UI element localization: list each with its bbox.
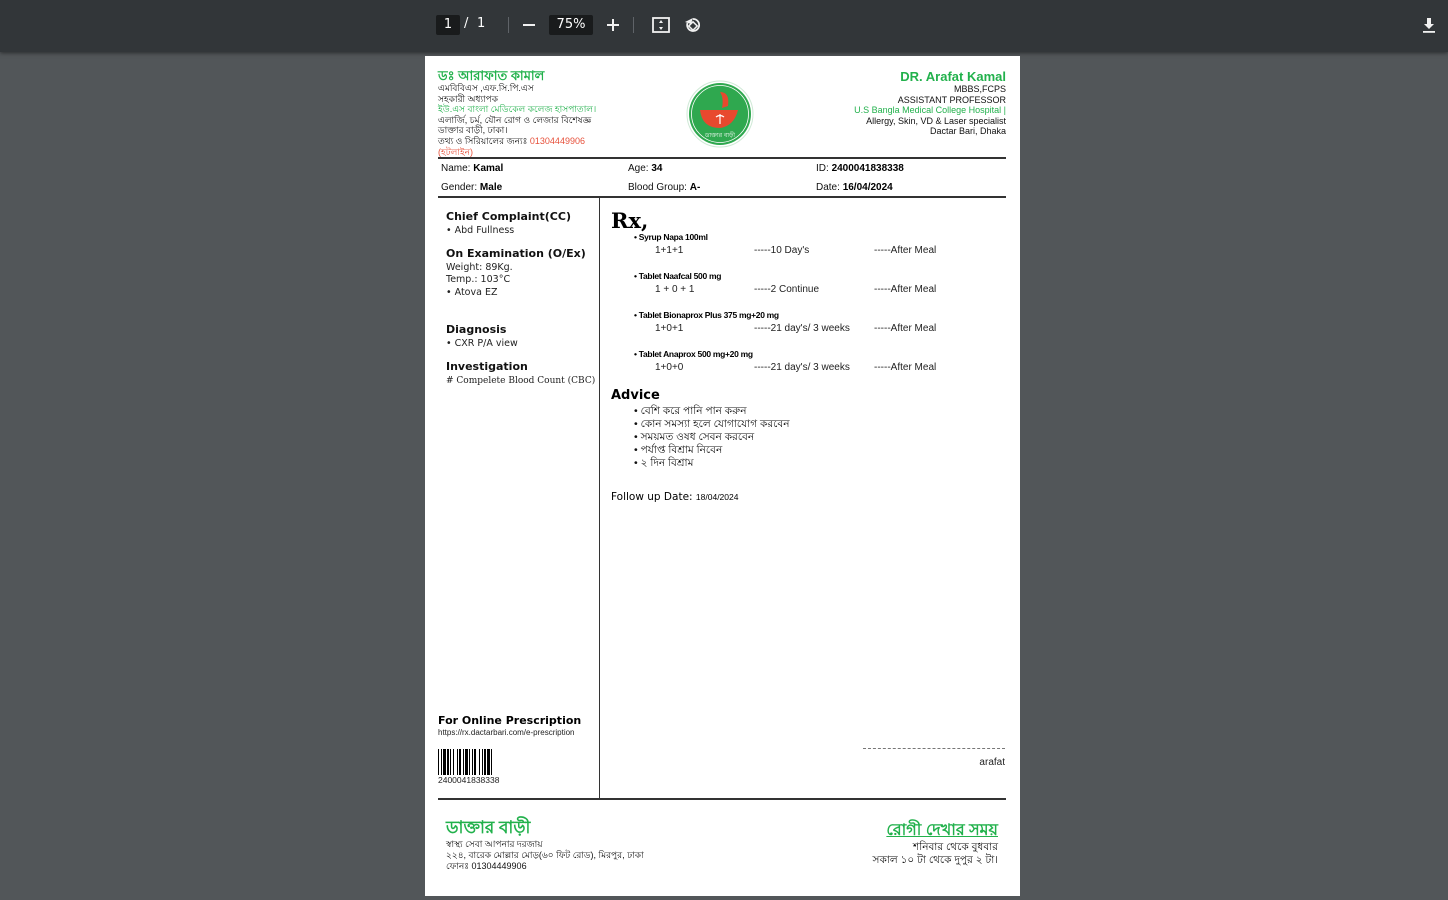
medicine-dose: 1 + 0 + 1 <box>655 284 694 295</box>
serial-phone: 01304449906 <box>530 136 585 146</box>
clinic-tagline: স্বাস্থ্য সেবা আপনার দরজায় <box>446 839 644 850</box>
chief-complaint-item: • Abd Fullness <box>446 225 606 238</box>
hospital-en: U.S Bangla Medical College Hospital | <box>854 105 1006 116</box>
pdf-toolbar: 1 / 1 75% <box>0 0 1448 52</box>
medicine-dose: 1+0+1 <box>655 323 683 334</box>
investigation-item: # Compelete Blood Count (CBC) <box>446 375 606 388</box>
medicine-name: • Tablet Anaprox 500 mg+20 mg <box>634 349 753 359</box>
specialty-en: Allergy, Skin, VD & Laser specialist <box>854 116 1006 127</box>
minus-icon <box>522 18 536 32</box>
degrees-bn: এমবিবিএস ,এফ.সি.পি.এস <box>438 83 596 94</box>
investigation-title: Investigation <box>446 360 606 373</box>
page-number-input[interactable]: 1 <box>436 15 460 35</box>
medicine-duration: -----10 Day's <box>754 245 809 256</box>
fit-to-page-icon <box>652 17 670 33</box>
footer-clinic-info: ডাক্তার বাড়ী স্বাস্থ্য সেবা আপনার দরজায… <box>446 817 644 872</box>
examination-item: Weight: 89Kg. <box>446 262 606 275</box>
advice-item: • সময়মত ওষধ সেবন করবেন <box>634 431 789 444</box>
patient-gender: Gender: Male <box>441 182 502 193</box>
medicine-name: • Tablet Naafcal 500 mg <box>634 271 721 281</box>
medicine-instruction: -----After Meal <box>874 284 936 295</box>
advice-item: • পর্যাপ্ত বিশ্রাম নিবেন <box>634 444 789 457</box>
clinical-notes: Chief Complaint(CC) • Abd Fullness On Ex… <box>446 210 606 387</box>
degrees-en: MBBS,FCPS <box>854 84 1006 95</box>
patient-age: Age: 34 <box>628 163 662 174</box>
online-prescription-url[interactable]: https://rx.dactarbari.com/e-prescription <box>438 728 575 737</box>
page-separator: / <box>464 16 468 31</box>
prescription-date: Date: 16/04/2024 <box>816 182 893 193</box>
fit-to-page-button[interactable] <box>648 12 674 38</box>
advice-title: Advice <box>611 388 660 403</box>
visiting-time: সকাল ১০ টা থেকে দুপুর ২ টা। <box>873 854 998 867</box>
barcode-number: 2400041838338 <box>438 775 499 785</box>
diagnosis-item: • CXR P/A view <box>446 338 606 351</box>
visiting-hours-title: রোগী দেখার সময় <box>873 821 998 841</box>
chief-complaint-title: Chief Complaint(CC) <box>446 210 606 223</box>
medicine-name: • Tablet Bionaprox Plus 375 mg+20 mg <box>634 310 779 320</box>
medicine-dose: 1+1+1 <box>655 245 683 256</box>
doctor-header-english: DR. Arafat Kamal MBBS,FCPS ASSISTANT PRO… <box>854 69 1006 137</box>
plus-icon <box>606 18 620 32</box>
advice-list: • বেশি করে পানি পান করুন • কোন সমস্যা হল… <box>634 405 789 470</box>
clinic-address: ২২৪, বারেক মোল্লার মোড়(৬০ ফিট রোড), মির… <box>446 850 644 861</box>
header-divider <box>438 157 1006 159</box>
designation-bn: সহকারী অধ্যাপক <box>438 94 596 105</box>
serial-info-bn: তথ্য ও সিরিয়ালের জন্যঃ 01304449906 <box>438 136 596 147</box>
designation-en: ASSISTANT PROFESSOR <box>854 95 1006 106</box>
medicine-instruction: -----After Meal <box>874 245 936 256</box>
rx-symbol: Rx, <box>611 208 648 233</box>
medicine-duration: -----21 day's/ 3 weeks <box>754 362 850 373</box>
rotate-counterclockwise-icon <box>684 16 702 34</box>
serial-label: তথ্য ও সিরিয়ালের জন্যঃ <box>438 136 527 146</box>
svg-text:ডাক্তার বাড়ী: ডাক্তার বাড়ী <box>704 131 735 139</box>
hospital-bn: ইউ.এস বাংলা মেডিকেল কলেজ হাসপাতাল। <box>438 104 596 115</box>
follow-up-date: Follow up Date: 18/04/2024 <box>611 491 738 503</box>
patient-info-divider <box>438 196 1006 198</box>
clinic-phone: ফোনঃ 01304449906 <box>446 861 644 872</box>
toolbar-divider <box>508 17 509 33</box>
rotate-button[interactable] <box>680 12 706 38</box>
doctor-header-bengali: ডঃ আরাফাত কামাল এমবিবিএস ,এফ.সি.পি.এস সহ… <box>438 68 596 157</box>
footer-divider <box>438 798 1006 800</box>
specialty-bn: এলার্জি, চর্ম, যৌন রোগ ও লেজার বিশেষজ্ঞ <box>438 115 596 126</box>
toolbar-divider <box>633 17 634 33</box>
clinic-name: ডাক্তার বাড়ী <box>446 817 644 839</box>
signature-name: arafat <box>979 757 1005 768</box>
footer-visiting-hours: রোগী দেখার সময় শনিবার থেকে বুধবার সকাল … <box>873 821 998 867</box>
medicine-duration: -----2 Continue <box>754 284 819 295</box>
patient-id: ID: 2400041838338 <box>816 163 904 174</box>
examination-title: On Examination (O/Ex) <box>446 247 606 260</box>
doctor-name-en: DR. Arafat Kamal <box>854 69 1006 84</box>
medicine-duration: -----21 day's/ 3 weeks <box>754 323 850 334</box>
doctor-name-bn: ডঃ আরাফাত কামাল <box>438 68 596 83</box>
zoom-level-input[interactable]: 75% <box>549 15 593 35</box>
examination-item: • Atova EZ <box>446 287 606 300</box>
medicine-dose: 1+0+0 <box>655 362 683 373</box>
visiting-days: শনিবার থেকে বুধবার <box>873 841 998 854</box>
location-en: Dactar Bari, Dhaka <box>854 126 1006 137</box>
medicine-name: • Syrup Napa 100ml <box>634 232 708 242</box>
prescription-page: ডঃ আরাফাত কামাল এমবিবিএস ,এফ.সি.পি.এস সহ… <box>425 56 1020 896</box>
advice-item: • কোন সমস্যা হলে যোগাযোগ করবেন <box>634 418 789 431</box>
zoom-in-button[interactable] <box>600 12 626 38</box>
zoom-out-button[interactable] <box>516 12 542 38</box>
hotline-label: (হটলাইন) <box>438 147 596 158</box>
patient-name: Name: Kamal <box>441 163 503 174</box>
barcode-icon <box>438 749 532 775</box>
download-icon <box>1422 17 1436 33</box>
location-bn: ডাক্তার বাড়ী, ঢাকা। <box>438 125 596 136</box>
dactar-bari-logo-icon: ডাক্তার বাড়ী <box>686 80 754 148</box>
online-prescription-title: For Online Prescription <box>438 714 581 727</box>
diagnosis-title: Diagnosis <box>446 323 606 336</box>
medicine-instruction: -----After Meal <box>874 323 936 334</box>
medicine-instruction: -----After Meal <box>874 362 936 373</box>
download-button[interactable] <box>1416 12 1442 38</box>
total-pages: 1 <box>477 16 485 31</box>
examination-item: Temp.: 103°C <box>446 274 606 287</box>
advice-item: • বেশি করে পানি পান করুন <box>634 405 789 418</box>
patient-blood-group: Blood Group: A- <box>628 182 700 193</box>
advice-item: • ২ দিন বিশ্রাম <box>634 457 789 470</box>
signature-line <box>863 748 1005 749</box>
